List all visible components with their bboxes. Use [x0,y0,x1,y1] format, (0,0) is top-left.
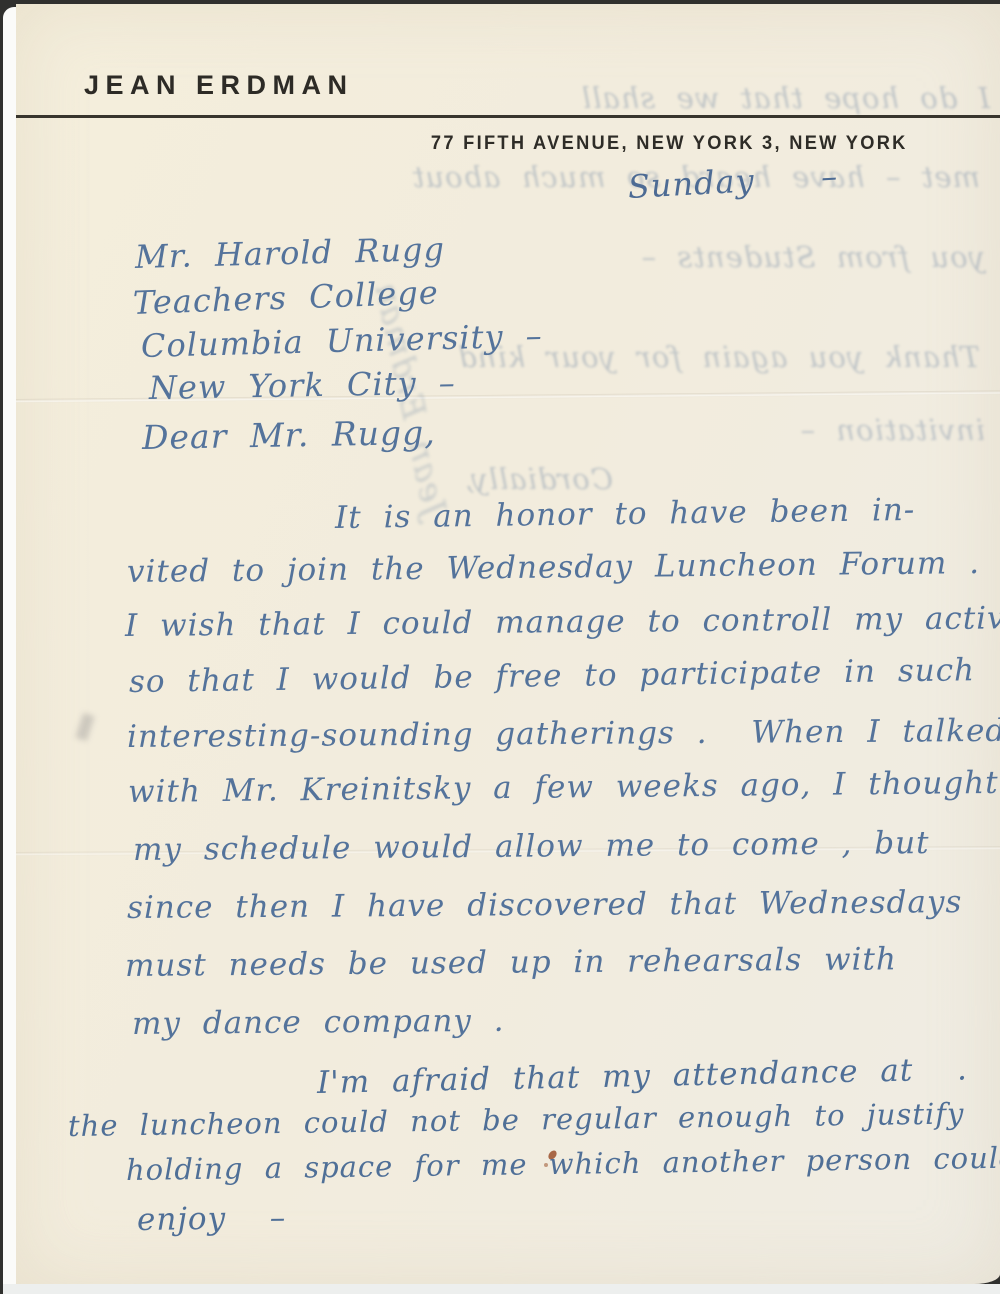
body-line: interesting-sounding gatherings . When I… [127,714,1000,754]
letterhead-address: 77 FIFTH AVENUE, NEW YORK 3, NEW YORK [431,134,908,153]
body-line: since then I have discovered that Wednes… [127,885,963,925]
scanned-letter: I do hope that we shall met – have heard… [0,0,1000,1294]
scan-edge-bottom [3,1284,1000,1294]
bleedthrough-text: Cordially, [443,465,613,494]
body-line: my schedule would allow me to come , but [133,826,930,867]
bleedthrough-text: met – have heard so much about [120,163,980,192]
body-line: It is an honor to have been in- [335,493,916,535]
bleedthrough-text: you from Students – [700,243,985,272]
recipient-line: Mr. Harold Rugg [135,232,446,275]
body-line: my dance company . [132,1004,505,1041]
letterhead-name: JEAN ERDMAN [84,72,354,99]
body-line: enjoy – [137,1201,287,1237]
body-line: must needs be used up in rehearsals with [125,942,897,983]
scan-edge-left [3,7,16,1294]
recipient-line: New York City – [149,366,456,407]
bleedthrough-text: invitation – [765,416,985,445]
body-line: I wish that I could manage to controll m… [125,601,1000,643]
bleedthrough-text: I do hope that we shall [540,84,990,113]
salutation: Dear Mr. Rugg, [142,415,436,456]
letterhead-rule [16,115,1000,118]
